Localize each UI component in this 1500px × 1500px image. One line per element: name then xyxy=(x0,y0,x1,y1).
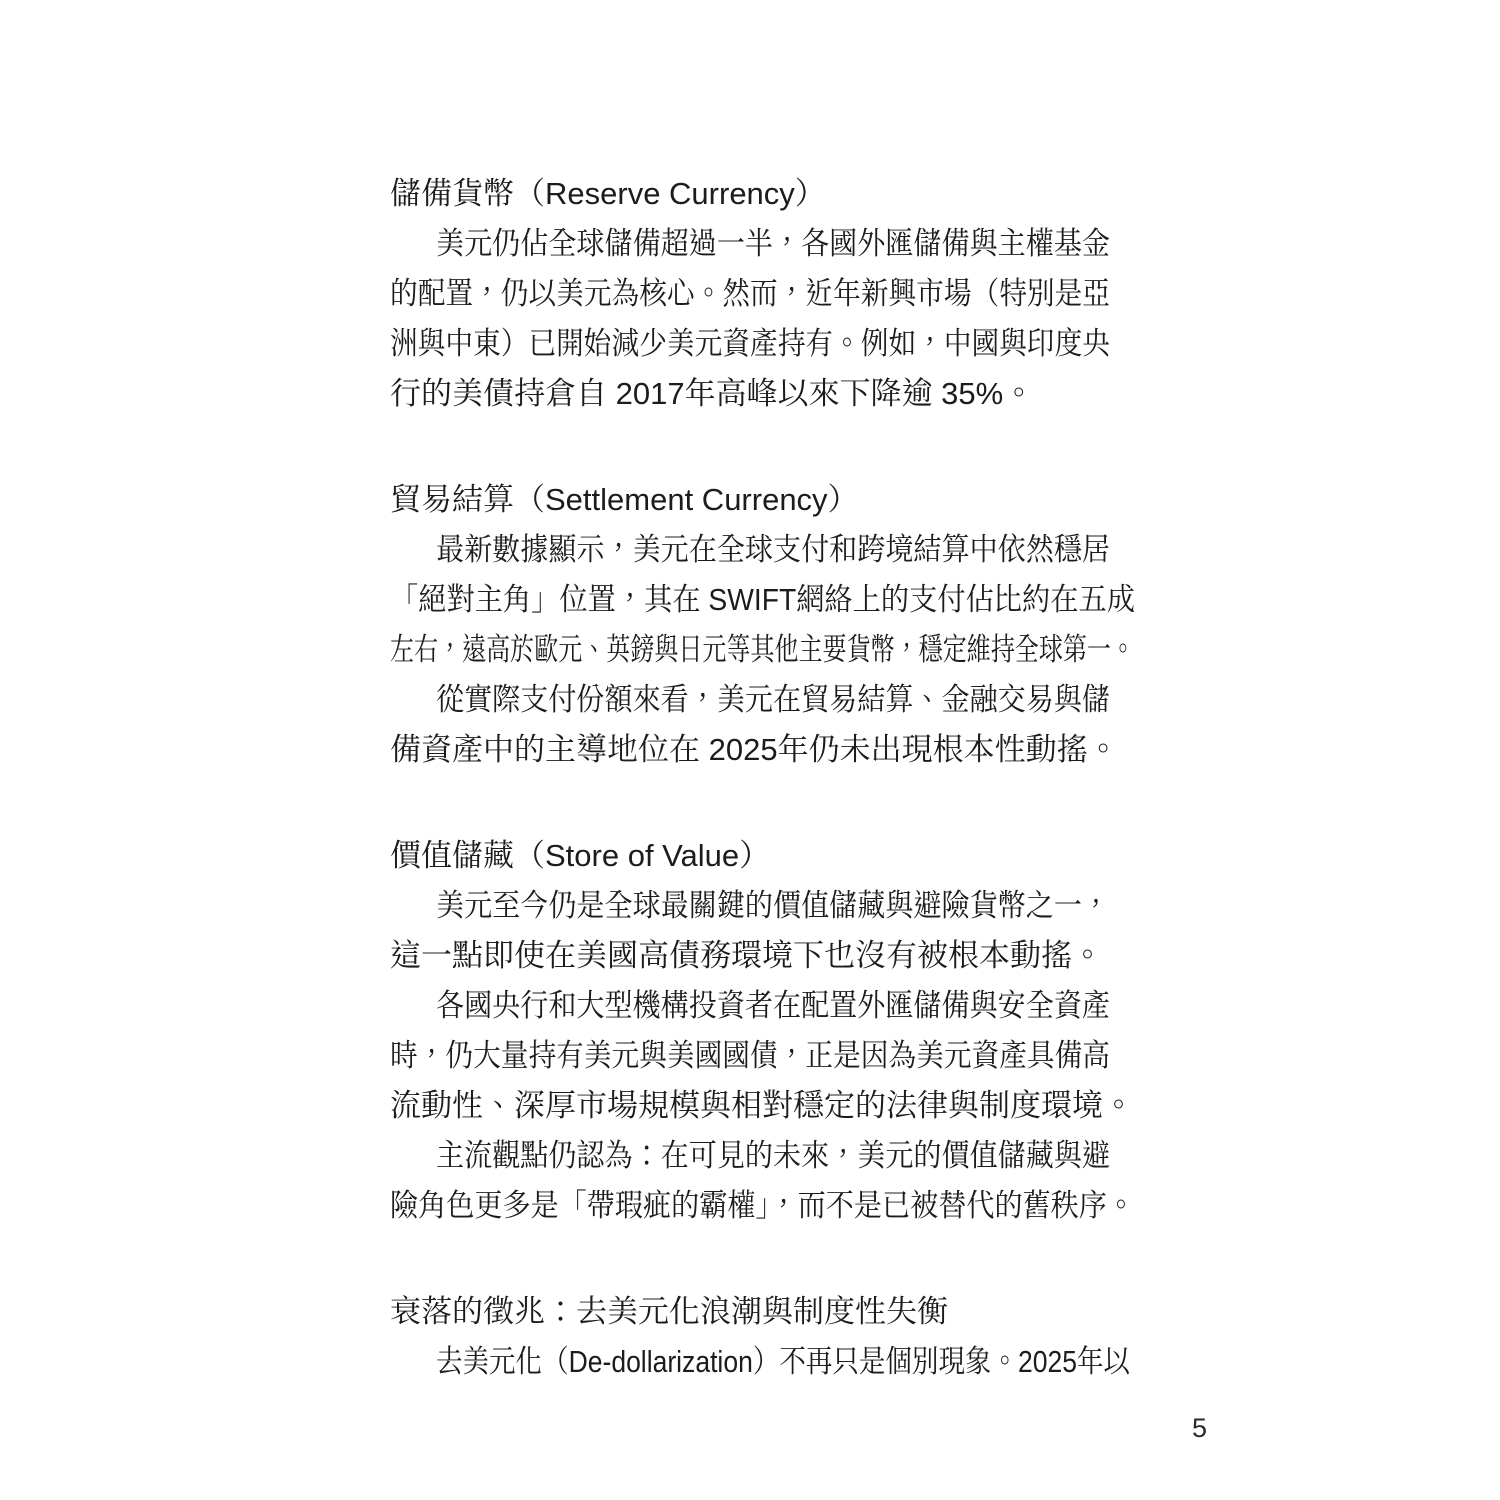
text-line-content: 行的美債持倉自 2017年高峰以來下降逾 35%。 xyxy=(390,369,1034,419)
text-line-content: 美元至今仍是全球最關鍵的價值儲藏與避險貨幣之一， xyxy=(436,881,1110,931)
section-heading: 衰落的徵兆：去美元化浪潮與制度性失衡 xyxy=(390,1287,1112,1337)
section-reserve-currency: 儲備貨幣（Reserve Currency） 美元仍佔全球儲備超過一半，各國外匯… xyxy=(390,169,1112,419)
text-line: 流動性、深厚市場規模與相對穩定的法律與制度環境。 xyxy=(390,1081,1112,1131)
text-line: 行的美債持倉自 2017年高峰以來下降逾 35%。 xyxy=(390,369,1112,419)
section-heading: 價值儲藏（Store of Value） xyxy=(390,831,1112,881)
text-line-content: 從實際支付份額來看，美元在貿易結算、金融交易與儲 xyxy=(436,675,1110,725)
text-line: 左右，遠高於歐元、英鎊與日元等其他主要貨幣，穩定維持全球第一。 xyxy=(390,625,1112,675)
text-line: 各國央行和大型機構投資者在配置外匯儲備與安全資產 xyxy=(390,981,1112,1031)
text-line: 最新數據顯示，美元在全球支付和跨境結算中依然穩居 xyxy=(390,525,1112,575)
text-line: 洲與中東）已開始減少美元資產持有。例如，中國與印度央 xyxy=(390,319,1112,369)
text-line: 險角色更多是「帶瑕疵的霸權」，而不是已被替代的舊秩序。 xyxy=(390,1181,1112,1231)
section-decline-signs: 衰落的徵兆：去美元化浪潮與制度性失衡 去美元化（De-dollarization… xyxy=(390,1287,1112,1387)
text-line-content: 美元仍佔全球儲備超過一半，各國外匯儲備與主權基金 xyxy=(436,219,1110,269)
text-line: 去美元化（De-dollarization）不再只是個別現象。2025年以 xyxy=(390,1337,1112,1387)
text-line-content: 各國央行和大型機構投資者在配置外匯儲備與安全資產 xyxy=(436,981,1110,1031)
text-line: 從實際支付份額來看，美元在貿易結算、金融交易與儲 xyxy=(390,675,1112,725)
text-line: 的配置，仍以美元為核心。然而，近年新興市場（特別是亞 xyxy=(390,269,1112,319)
section-paragraphs: 最新數據顯示，美元在全球支付和跨境結算中依然穩居「絕對主角」位置，其在 SWIF… xyxy=(390,525,1112,775)
paragraph: 美元至今仍是全球最關鍵的價值儲藏與避險貨幣之一，這一點即使在美國高債務環境下也沒… xyxy=(390,881,1112,981)
text-line-content: 去美元化（De-dollarization）不再只是個別現象。2025年以 xyxy=(436,1337,1130,1387)
text-line-content: 洲與中東）已開始減少美元資產持有。例如，中國與印度央 xyxy=(390,319,1110,369)
text-line-content: 時，仍大量持有美元與美國國債，正是因為美元資產具備高 xyxy=(390,1031,1110,1081)
section-paragraphs: 美元仍佔全球儲備超過一半，各國外匯儲備與主權基金的配置，仍以美元為核心。然而，近… xyxy=(390,219,1112,419)
text-line: 「絕對主角」位置，其在 SWIFT網絡上的支付佔比約在五成 xyxy=(390,575,1112,625)
text-line: 這一點即使在美國高債務環境下也沒有被根本動搖。 xyxy=(390,931,1112,981)
section-paragraphs: 美元至今仍是全球最關鍵的價值儲藏與避險貨幣之一，這一點即使在美國高債務環境下也沒… xyxy=(390,881,1112,1231)
text-line-content: 「絕對主角」位置，其在 SWIFT網絡上的支付佔比約在五成 xyxy=(390,575,1135,625)
text-line: 備資產中的主導地位在 2025年仍未出現根本性動搖。 xyxy=(390,725,1112,775)
paragraph: 美元仍佔全球儲備超過一半，各國外匯儲備與主權基金的配置，仍以美元為核心。然而，近… xyxy=(390,219,1112,419)
paragraph: 去美元化（De-dollarization）不再只是個別現象。2025年以 xyxy=(390,1337,1112,1387)
text-line: 美元仍佔全球儲備超過一半，各國外匯儲備與主權基金 xyxy=(390,219,1112,269)
paragraph: 各國央行和大型機構投資者在配置外匯儲備與安全資產時，仍大量持有美元與美國國債，正… xyxy=(390,981,1112,1131)
text-line-content: 左右，遠高於歐元、英鎊與日元等其他主要貨幣，穩定維持全球第一。 xyxy=(390,625,1135,675)
section-heading: 貿易結算（Settlement Currency） xyxy=(390,475,1112,525)
document-page: 儲備貨幣（Reserve Currency） 美元仍佔全球儲備超過一半，各國外匯… xyxy=(0,0,1500,1500)
text-line-content: 險角色更多是「帶瑕疵的霸權」，而不是已被替代的舊秩序。 xyxy=(390,1181,1135,1231)
text-line-content: 主流觀點仍認為：在可見的未來，美元的價值儲藏與避 xyxy=(436,1131,1110,1181)
text-line-content: 流動性、深厚市場規模與相對穩定的法律與制度環境。 xyxy=(390,1081,1134,1131)
paragraph: 主流觀點仍認為：在可見的未來，美元的價值儲藏與避險角色更多是「帶瑕疵的霸權」，而… xyxy=(390,1131,1112,1231)
section-settlement-currency: 貿易結算（Settlement Currency） 最新數據顯示，美元在全球支付… xyxy=(390,475,1112,775)
text-line-content: 這一點即使在美國高債務環境下也沒有被根本動搖。 xyxy=(390,931,1103,981)
section-heading: 儲備貨幣（Reserve Currency） xyxy=(390,169,1112,219)
paragraph: 從實際支付份額來看，美元在貿易結算、金融交易與儲備資產中的主導地位在 2025年… xyxy=(390,675,1112,775)
text-line: 美元至今仍是全球最關鍵的價值儲藏與避險貨幣之一， xyxy=(390,881,1112,931)
text-line: 時，仍大量持有美元與美國國債，正是因為美元資產具備高 xyxy=(390,1031,1112,1081)
text-line-content: 的配置，仍以美元為核心。然而，近年新興市場（特別是亞 xyxy=(390,269,1110,319)
text-line-content: 備資產中的主導地位在 2025年仍未出現根本性動搖。 xyxy=(390,725,1119,775)
paragraph: 最新數據顯示，美元在全球支付和跨境結算中依然穩居「絕對主角」位置，其在 SWIF… xyxy=(390,525,1112,675)
text-line-content: 最新數據顯示，美元在全球支付和跨境結算中依然穩居 xyxy=(436,525,1110,575)
text-line: 主流觀點仍認為：在可見的未來，美元的價值儲藏與避 xyxy=(390,1131,1112,1181)
text-block: 儲備貨幣（Reserve Currency） 美元仍佔全球儲備超過一半，各國外匯… xyxy=(390,169,1112,1387)
section-store-of-value: 價值儲藏（Store of Value） 美元至今仍是全球最關鍵的價值儲藏與避險… xyxy=(390,831,1112,1231)
section-paragraphs: 去美元化（De-dollarization）不再只是個別現象。2025年以 xyxy=(390,1337,1112,1387)
page-number: 5 xyxy=(1192,1413,1207,1443)
